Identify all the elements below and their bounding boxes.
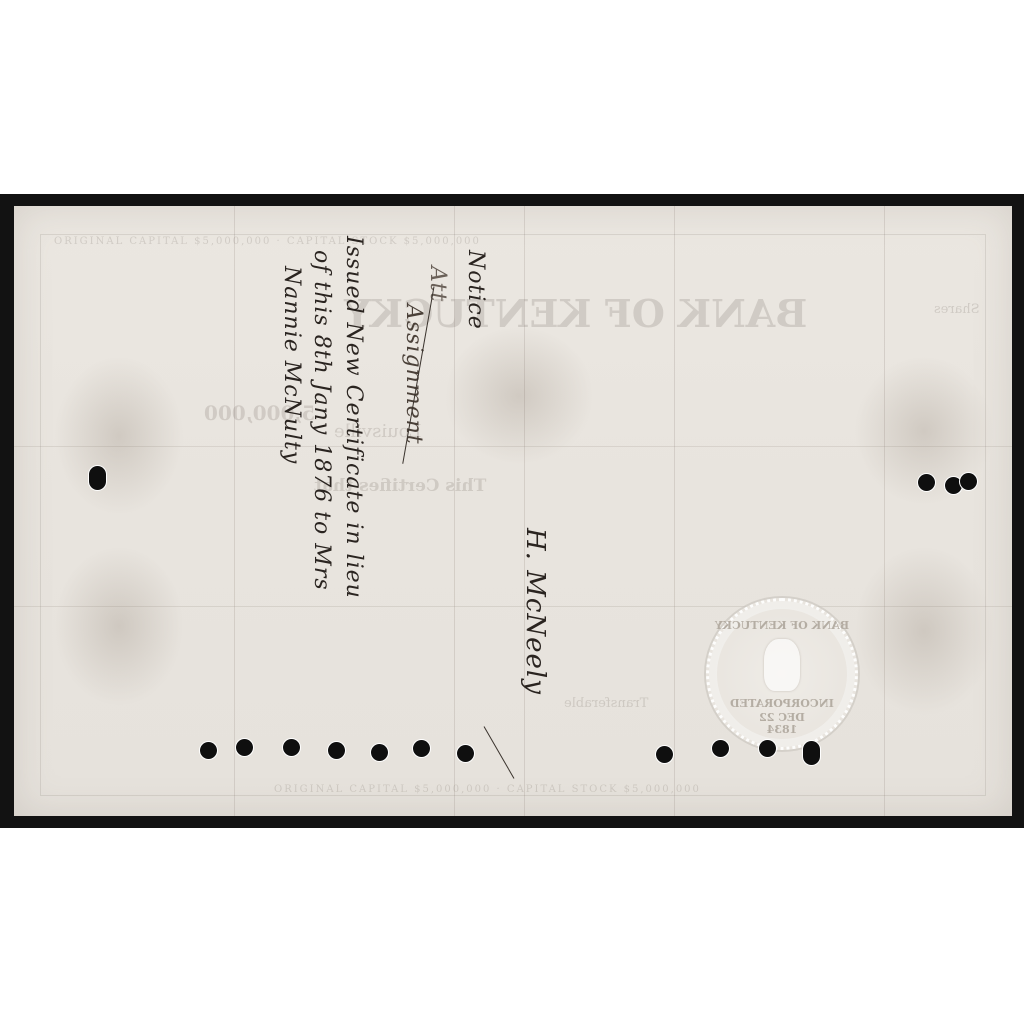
punch-hole (283, 739, 300, 756)
handwritten-line-5: Nannie McNulty (279, 266, 304, 464)
punch-hole (712, 740, 729, 757)
punch-hole (89, 466, 106, 490)
punch-hole (371, 744, 388, 761)
punch-hole (918, 474, 935, 491)
punch-hole (328, 742, 345, 759)
seal-top-text: BANK OF KENTUCKY (709, 619, 855, 632)
bleed-shares: Shares (934, 302, 980, 317)
punch-hole (457, 745, 474, 762)
handwritten-assignment: Assignment (401, 304, 426, 445)
bleed-transfer: Transferable (564, 696, 648, 711)
handwritten-line-3: Issued New Certificate in lieu (341, 236, 366, 599)
handwritten-notice: Notice (463, 250, 488, 330)
punch-hole (236, 739, 253, 756)
eagle-icon (764, 639, 800, 691)
bleed-certify: This Certifies that (314, 476, 486, 496)
border-text-bottom: ORIGINAL CAPITAL $5,000,000 · CAPITAL ST… (274, 784, 701, 795)
punch-hole (656, 746, 673, 763)
embossed-seal: BANK OF KENTUCKY INCORPORATED DEC 22 183… (706, 598, 858, 750)
punch-hole (413, 740, 430, 757)
seal-incorporated: INCORPORATED (709, 697, 855, 710)
punch-hole (960, 473, 977, 490)
handwritten-signature: H. McNeely (520, 528, 550, 695)
seal-year: 1834 (709, 723, 855, 736)
handwritten-line-4: of this 8th Jany 1876 to Mrs (309, 250, 334, 591)
certificate-paper: ORIGINAL CAPITAL $5,000,000 · CAPITAL ST… (14, 206, 1012, 816)
border-text: ORIGINAL CAPITAL $5,000,000 · CAPITAL ST… (54, 236, 481, 247)
punch-hole (200, 742, 217, 759)
handwritten-initials: Att (425, 266, 450, 302)
punch-hole (803, 741, 820, 765)
punch-hole (759, 740, 776, 757)
